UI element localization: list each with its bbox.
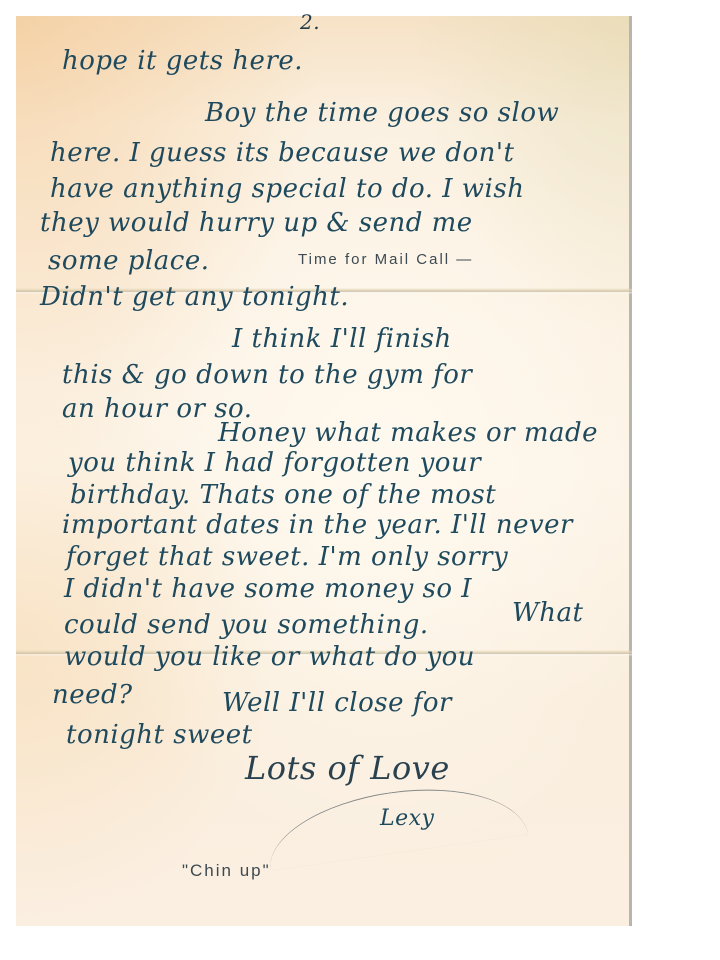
letter-line: have anything special to do. I wish xyxy=(50,176,524,202)
letter-signature: Lexy xyxy=(380,808,434,830)
letter-line: need? xyxy=(52,682,133,708)
letter-line: important dates in the year. I'll never xyxy=(62,512,573,538)
letter-line: forget that sweet. I'm only sorry xyxy=(66,544,508,570)
letter-line: tonight sweet xyxy=(66,722,253,748)
letter-line: hope it gets here. xyxy=(62,48,303,74)
letter-line: would you like or what do you xyxy=(64,644,475,670)
letter-line: you think I had forgotten your xyxy=(68,450,481,476)
page-number: 2. xyxy=(300,12,320,32)
letter-line: Boy the time goes so slow xyxy=(205,100,559,126)
letter-line: some place. xyxy=(48,248,209,274)
letter-postscript: "Chin up" xyxy=(182,862,271,879)
letter-line: here. I guess its because we don't xyxy=(50,140,514,166)
letter-line: this & go down to the gym for xyxy=(62,362,472,388)
letter-line: Didn't get any tonight. xyxy=(40,284,349,310)
letter-line: birthday. Thats one of the most xyxy=(70,482,496,508)
letter-line: Well I'll close for xyxy=(222,690,452,716)
letter-line: they would hurry up & send me xyxy=(40,210,473,236)
letter-line: Time for Mail Call — xyxy=(298,252,473,267)
letter-line: What xyxy=(512,600,583,626)
letter-line: Honey what makes or made xyxy=(218,420,598,446)
letter-line: I didn't have some money so I xyxy=(64,576,472,602)
letter-line: I think I'll finish xyxy=(232,326,452,352)
letter-line: could send you something. xyxy=(64,612,429,638)
letter-closing: Lots of Love xyxy=(245,752,450,784)
